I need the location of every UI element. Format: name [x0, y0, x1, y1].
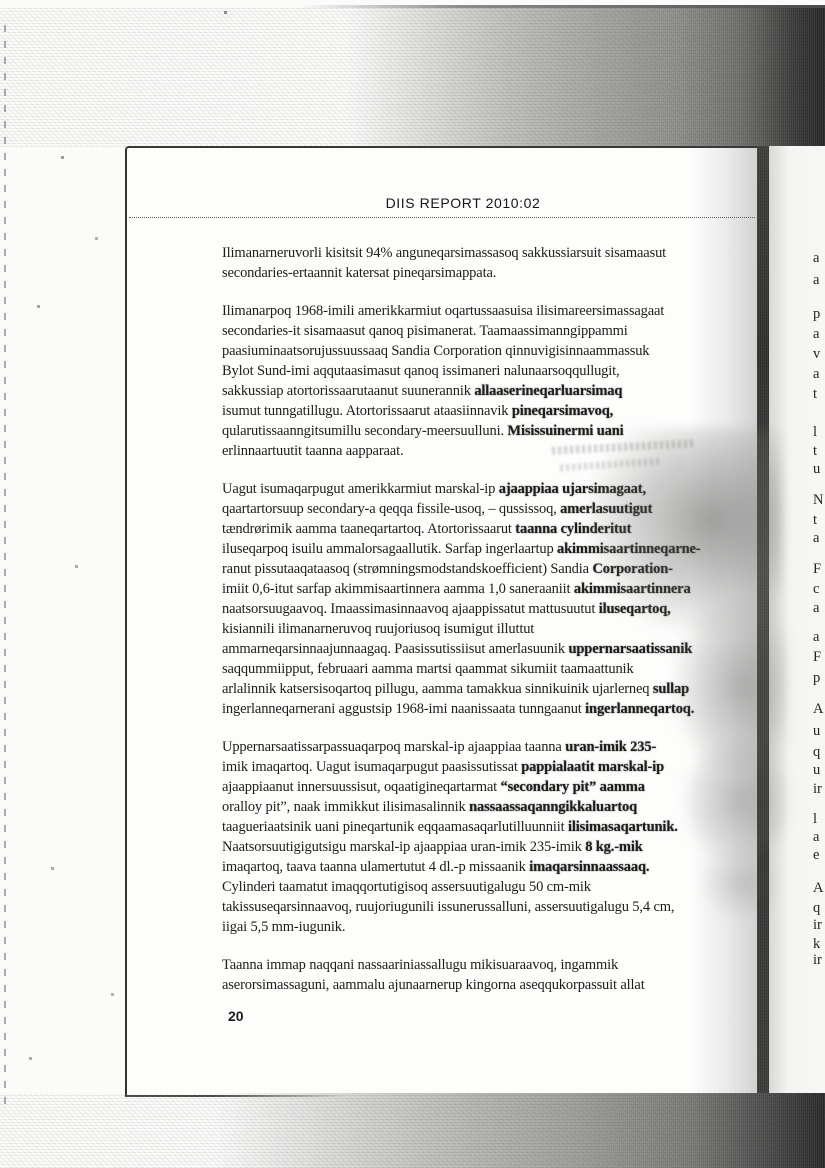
- text-segment: secondaries-ertaannit katersat pineqarsi…: [222, 265, 496, 281]
- facing-page-letter-fragment: ir: [813, 781, 822, 798]
- text-line: Uagut isumaqarpugut amerikkarmiut marska…: [222, 479, 756, 499]
- smudged-text-segment: pappialaatit marskal-ip: [521, 759, 664, 775]
- facing-page-letter-fragment: t: [813, 443, 817, 460]
- text-line: Ilimanarneruvorli kisitsit 94% anguneqar…: [222, 243, 756, 263]
- text-segment: kisiannili ilimanarneruvoq ruujoriusoq i…: [222, 621, 534, 637]
- text-segment: Bylot Sund-imi aqqutaasimasut qanoq issi…: [222, 363, 620, 379]
- facing-page-letter-fragment: c: [813, 581, 819, 598]
- text-segment: Ilimanarpoq 1968-imili amerikkarmiut oqa…: [222, 303, 664, 319]
- scan-noise-overlay: [0, 1093, 825, 1168]
- facing-page-letter-fragment: F: [813, 561, 821, 578]
- facing-page-letter-fragment: e: [813, 847, 819, 864]
- facing-page-text-fragments: aapavatltuNtaFcaaFpAuquirlaeAqirkir: [813, 0, 825, 1168]
- text-segment: qularutissaanngitsumillu secondary-meers…: [222, 423, 507, 439]
- text-segment: imiit 0,6-itut sarfap akimmisaartinnera …: [222, 581, 574, 597]
- text-segment: iigai 5,5 mm-iugunik.: [222, 919, 345, 935]
- facing-page-letter-fragment: q: [813, 900, 820, 917]
- facing-page-letter-fragment: A: [813, 701, 823, 718]
- text-line: ingerlanneqarnerani aggustsip 1968-imi n…: [222, 699, 756, 719]
- text-line: ranut pissutaaqataasoq (strømningsmodsta…: [222, 559, 756, 579]
- facing-page-letter-fragment: u: [813, 461, 820, 478]
- text-line: Uppernarsaatissarpassuaqarpoq marskal-ip…: [222, 737, 756, 757]
- smudged-text-segment: Misissuinermi uani: [507, 423, 623, 439]
- body-text-block: Ilimanarneruvorli kisitsit 94% anguneqar…: [222, 243, 756, 995]
- text-segment: naatsorsuugaavoq. Imaassimasinnaavoq aja…: [222, 601, 599, 617]
- text-segment: imaqartoq, taava taanna ulamertutut 4 dl…: [222, 859, 529, 875]
- text-line: saqqummiipput, februaari aamma martsi qa…: [222, 659, 756, 679]
- facing-page-letter-fragment: k: [813, 936, 820, 953]
- scan-noise-overlay: [0, 8, 825, 147]
- text-line: takissuseqarsinnaavoq, ruujoriugunili is…: [222, 897, 756, 917]
- smudged-text-segment: uppernarsaatissanik: [568, 641, 692, 657]
- text-line: sakkussiap atortorissaarutaanut suuneran…: [222, 381, 756, 401]
- text-line: paasiuminaatsorujussuussaaq Sandia Corpo…: [222, 341, 756, 361]
- smudged-text-segment: 8 kg.-mik: [585, 839, 642, 855]
- text-segment: arlalinnik katsersisoqartoq pillugu, aam…: [222, 681, 653, 697]
- text-line: secondaries-it sisamaasut qanoq pisimane…: [222, 321, 756, 341]
- smudged-text-segment: taanna cylinderitut: [515, 521, 631, 537]
- text-line: Ilimanarpoq 1968-imili amerikkarmiut oqa…: [222, 301, 756, 321]
- scanned-report-page: DIIS REPORT 2010:02 Ilimanarneruvorli ki…: [0, 0, 825, 1168]
- facing-page-letter-fragment: a: [813, 629, 819, 646]
- text-line: qularutissaanngitsumillu secondary-meers…: [222, 421, 756, 441]
- facing-page-letter-fragment: v: [813, 346, 820, 363]
- smudged-text-segment: Corporation-: [592, 561, 672, 577]
- smudged-text-segment: nassaassaqanngikkaluartoq: [469, 799, 637, 815]
- text-segment: paasiuminaatsorujussuussaaq Sandia Corpo…: [222, 343, 649, 359]
- paragraph: Ilimanarneruvorli kisitsit 94% anguneqar…: [222, 243, 756, 283]
- text-line: imik imaqartoq. Uagut isumaqarpugut paas…: [222, 757, 756, 777]
- document-page: DIIS REPORT 2010:02 Ilimanarneruvorli ki…: [125, 146, 759, 1097]
- facing-page-letter-fragment: a: [813, 530, 819, 547]
- book-gutter-band: [757, 146, 769, 1093]
- text-line: iigai 5,5 mm-iugunik.: [222, 917, 756, 937]
- facing-page-letter-fragment: p: [813, 670, 820, 687]
- text-segment: imik imaqartoq. Uagut isumaqarpugut paas…: [222, 759, 521, 775]
- paragraph: Ilimanarpoq 1968-imili amerikkarmiut oqa…: [222, 301, 756, 461]
- text-segment: iluseqarpoq isuilu ammalorsagaallutik. S…: [222, 541, 557, 557]
- text-segment: qaartartorsuup secondary-a qeqqa fissile…: [222, 501, 560, 517]
- facing-page-letter-fragment: F: [813, 649, 821, 666]
- facing-page-letter-fragment: a: [813, 366, 819, 383]
- smudged-text-segment: “secondary pit” aamma: [501, 779, 645, 795]
- paragraph: Taanna immap naqqani nassaariniassallugu…: [222, 955, 756, 995]
- text-line: ammarneqarsinnaajunnaagaq. Paasissutissi…: [222, 639, 756, 659]
- text-line: Cylinderi taamatut imaqqortutigisoq asse…: [222, 877, 756, 897]
- smudged-text-segment: ajaappiaa ujarsimagaat,: [499, 481, 646, 497]
- facing-page-letter-fragment: p: [813, 306, 820, 323]
- smudged-text-segment: allaaserineqarluarsimaq: [474, 383, 622, 399]
- text-segment: tændrørimik aamma taaneqartartoq. Atorto…: [222, 521, 515, 537]
- facing-page-letter-fragment: a: [813, 250, 819, 267]
- text-line: Naatsorsuutigigutsigu marskal-ip ajaappi…: [222, 837, 756, 857]
- text-line: erlinnaartuutit taanna aapparaat.: [222, 441, 756, 461]
- text-segment: ingerlanneqarnerani aggustsip 1968-imi n…: [222, 701, 585, 717]
- smudged-text-segment: iluseqartoq,: [599, 601, 671, 617]
- facing-page-letter-fragment: q: [813, 744, 820, 761]
- scan-noise-overlay: [757, 146, 769, 1093]
- text-segment: erlinnaartuutit taanna aapparaat.: [222, 443, 403, 459]
- text-line: naatsorsuugaavoq. Imaassimasinnaavoq aja…: [222, 599, 756, 619]
- text-line: imaqartoq, taava taanna ulamertutut 4 dl…: [222, 857, 756, 877]
- header-dotted-rule: [129, 208, 755, 218]
- smudged-text-segment: imaqarsinnaassaaq.: [529, 859, 649, 875]
- facing-page-letter-fragment: N: [813, 492, 823, 509]
- facing-page-letter-fragment: ir: [813, 952, 822, 969]
- text-segment: saqqummiipput, februaari aamma martsi qa…: [222, 661, 634, 677]
- page-number: 20: [228, 1008, 244, 1024]
- text-segment: ammarneqarsinnaajunnaagaq. Paasissutissi…: [222, 641, 568, 657]
- text-segment: Uagut isumaqarpugut amerikkarmiut marska…: [222, 481, 499, 497]
- facing-page-letter-fragment: t: [813, 386, 817, 403]
- text-line: isumut tunngatillugu. Atortorissaarut at…: [222, 401, 756, 421]
- facing-page-letter-fragment: a: [813, 829, 819, 846]
- smudged-text-segment: amerlasuutigut: [560, 501, 652, 517]
- facing-page-letter-fragment: a: [813, 326, 819, 343]
- text-segment: Ilimanarneruvorli kisitsit 94% anguneqar…: [222, 245, 666, 261]
- smudged-text-segment: ingerlanneqartoq.: [585, 701, 694, 717]
- facing-page-letter-fragment: a: [813, 600, 819, 617]
- facing-page-letter-fragment: u: [813, 762, 820, 779]
- text-line: kisiannili ilimanarneruvoq ruujoriusoq i…: [222, 619, 756, 639]
- text-line: Bylot Sund-imi aqqutaasimasut qanoq issi…: [222, 361, 756, 381]
- text-segment: secondaries-it sisamaasut qanoq pisimane…: [222, 323, 628, 339]
- text-line: imiit 0,6-itut sarfap akimmisaartinnera …: [222, 579, 756, 599]
- smudged-text-segment: uran-imik 235-: [565, 739, 656, 755]
- facing-page-letter-fragment: t: [813, 512, 817, 529]
- facing-page-letter-fragment: l: [813, 811, 817, 828]
- text-segment: ajaappiaanut innersuussisut, oqaatigineq…: [222, 779, 501, 795]
- text-line: arlalinnik katsersisoqartoq pillugu, aam…: [222, 679, 756, 699]
- text-line: taagueriaatsinik uani pineqartunik eqqaa…: [222, 817, 756, 837]
- text-line: Taanna immap naqqani nassaariniassallugu…: [222, 955, 756, 975]
- text-segment: sakkussiap atortorissaarutaanut suuneran…: [222, 383, 474, 399]
- facing-page-letter-fragment: ir: [813, 917, 822, 934]
- text-line: tændrørimik aamma taaneqartartoq. Atorto…: [222, 519, 756, 539]
- text-line: ajaappiaanut innersuussisut, oqaatigineq…: [222, 777, 756, 797]
- facing-page-letter-fragment: A: [813, 880, 823, 897]
- text-segment: aserorsimassaguni, aammalu ajunaarnerup …: [222, 977, 645, 993]
- text-segment: Naatsorsuutigigutsigu marskal-ip ajaappi…: [222, 839, 585, 855]
- scan-left-edge-line: [4, 25, 6, 1105]
- scan-shadow-bottom-band: [0, 1093, 825, 1168]
- facing-page-letter-fragment: u: [813, 723, 820, 740]
- text-line: qaartartorsuup secondary-a qeqqa fissile…: [222, 499, 756, 519]
- facing-page-letter-fragment: a: [813, 272, 819, 289]
- smudged-text-segment: pineqarsimavoq,: [512, 403, 613, 419]
- scan-speckles: [0, 0, 1, 1]
- text-segment: Taanna immap naqqani nassaariniassallugu…: [222, 957, 618, 973]
- paragraph: Uppernarsaatissarpassuaqarpoq marskal-ip…: [222, 737, 756, 937]
- paragraph: Uagut isumaqarpugut amerikkarmiut marska…: [222, 479, 756, 719]
- smudged-text-segment: ilisimasaqartunik.: [568, 819, 678, 835]
- smudged-text-segment: akimmisaartinneqarne-: [557, 541, 700, 557]
- text-line: secondaries-ertaannit katersat pineqarsi…: [222, 263, 756, 283]
- facing-page-letter-fragment: l: [813, 424, 817, 441]
- smudged-text-segment: akimmisaartinnera: [574, 581, 691, 597]
- smudged-text-segment: sullap: [653, 681, 689, 697]
- text-segment: oralloy pit”, naak immikkut ilisimasalin…: [222, 799, 469, 815]
- text-segment: isumut tunngatillugu. Atortorissaarut at…: [222, 403, 512, 419]
- text-segment: ranut pissutaaqataasoq (strømningsmodsta…: [222, 561, 592, 577]
- scan-shadow-top-band: [0, 8, 825, 147]
- text-line: oralloy pit”, naak immikkut ilisimasalin…: [222, 797, 756, 817]
- text-segment: Uppernarsaatissarpassuaqarpoq marskal-ip…: [222, 739, 565, 755]
- text-segment: takissuseqarsinnaavoq, ruujoriugunili is…: [222, 899, 674, 915]
- text-segment: Cylinderi taamatut imaqqortutigisoq asse…: [222, 879, 591, 895]
- text-line: iluseqarpoq isuilu ammalorsagaallutik. S…: [222, 539, 756, 559]
- text-line: aserorsimassaguni, aammalu ajunaarnerup …: [222, 975, 756, 995]
- text-segment: taagueriaatsinik uani pineqartunik eqqaa…: [222, 819, 568, 835]
